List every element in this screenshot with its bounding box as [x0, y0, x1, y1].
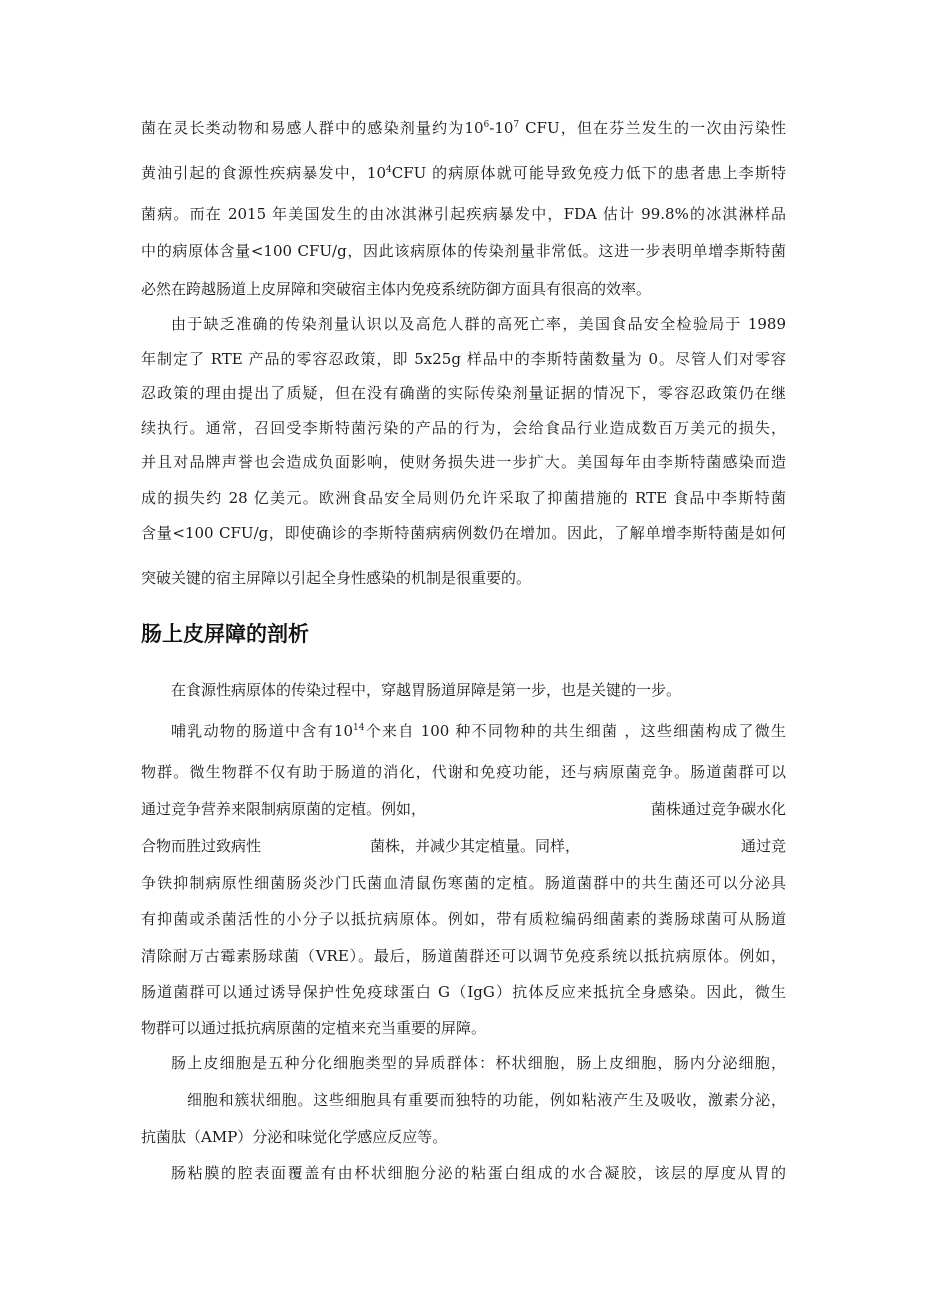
- text-line: 忍政策的理由提出了质疑，但在没有确凿的实际传染剂量证据的情况下，零容忍政策仍在继: [141, 383, 786, 403]
- text-line: 续执行。通常，召回受李斯特菌污染的产品的行为，会给食品行业造成数百万美元的损失，: [141, 418, 786, 438]
- section-heading: 肠上皮屏障的剖析: [141, 621, 309, 647]
- text-line: 年制定了 RTE 产品的零容忍政策，即 5x25g 样品中的李斯特菌数量为 0。…: [141, 349, 786, 369]
- text-line: 突破关键的宿主屏障以引起全身性感染的机制是很重要的。: [141, 568, 786, 588]
- text-line: 肠粘膜的腔表面覆盖有由杯状细胞分泌的粘蛋白组成的水合凝胶，该层的厚度从胃的: [171, 1163, 786, 1183]
- text-line: 中的病原体含量<100 CFU/g，因此该病原体的传染剂量非常低。这进一步表明单…: [141, 241, 786, 261]
- text-line: 由于缺乏准确的传染剂量认识以及高危人群的高死亡率，美国食品安全检验局于 1989: [171, 314, 786, 334]
- text-line: 细胞和簇状细胞。这些细胞具有重要而独特的功能，例如粘液产生及吸收，激素分泌，: [187, 1090, 786, 1110]
- text-line: 含量<100 CFU/g，即使确诊的李斯特菌病病例数仍在增加。因此，了解单增李斯…: [141, 523, 786, 543]
- text-line: 肠上皮细胞是五种分化细胞类型的异质群体：杯状细胞，肠上皮细胞，肠内分泌细胞，: [171, 1053, 786, 1073]
- text-line: 合物而胜过致病性菌株，并减少其定植量。同样，通过竞: [141, 836, 786, 856]
- text-line: 成的损失约 28 亿美元。欧洲食品安全局则仍允许采取了抑菌措施的 RTE 食品中…: [141, 488, 786, 508]
- text-line: 抗菌肽（AMP）分泌和味觉化学感应反应等。: [141, 1127, 786, 1147]
- text-line: 通过竞争营养来限制病原菌的定植。例如，菌株通过竞争碳水化: [141, 799, 786, 819]
- text-line: 物群。微生物群不仅有助于肠道的消化，代谢和免疫功能，还与病原菌竞争。肠道菌群可以: [141, 762, 786, 782]
- text-line: 争铁抑制病原性细菌肠炎沙门氏菌血清鼠伤寒菌的定植。肠道菌群中的共生菌还可以分泌具: [141, 873, 786, 893]
- text-line: 黄油引起的食源性疾病暴发中，104CFU 的病原体就可能导致免疫力低下的患者患上…: [141, 163, 786, 183]
- text-line: 肠道菌群可以通过诱导保护性免疫球蛋白 G（IgG）抗体反应来抵抗全身感染。因此，…: [141, 982, 786, 1002]
- text-line: 并且对品牌声誉也会造成负面影响，使财务损失进一步扩大。美国每年由李斯特菌感染而造: [141, 452, 786, 472]
- text-line: 物群可以通过抵抗病原菌的定植来充当重要的屏障。: [141, 1018, 786, 1038]
- text-line: 必然在跨越肠道上皮屏障和突破宿主体内免疫系统防御方面具有很高的效率。: [141, 279, 786, 299]
- text-line: 有抑菌或杀菌活性的小分子以抵抗病原体。例如，带有质粒编码细菌素的粪肠球菌可从肠道: [141, 909, 786, 929]
- text-line: 清除耐万古霉素肠球菌（VRE）。最后，肠道菌群还可以调节免疫系统以抵抗病原体。例…: [141, 946, 786, 966]
- text-line: 哺乳动物的肠道中含有1014个来自 100 种不同物种的共生细菌 ，这些细菌构成…: [171, 721, 786, 741]
- text-line: 菌在灵长类动物和易感人群中的感染剂量约为106-107 CFU，但在芬兰发生的一…: [141, 118, 786, 138]
- text-line: 菌病。而在 2015 年美国发生的由冰淇淋引起疾病暴发中，FDA 估计 99.8…: [141, 204, 786, 224]
- text-line: 在食源性病原体的传染过程中，穿越胃肠道屏障是第一步，也是关键的一步。: [171, 680, 786, 700]
